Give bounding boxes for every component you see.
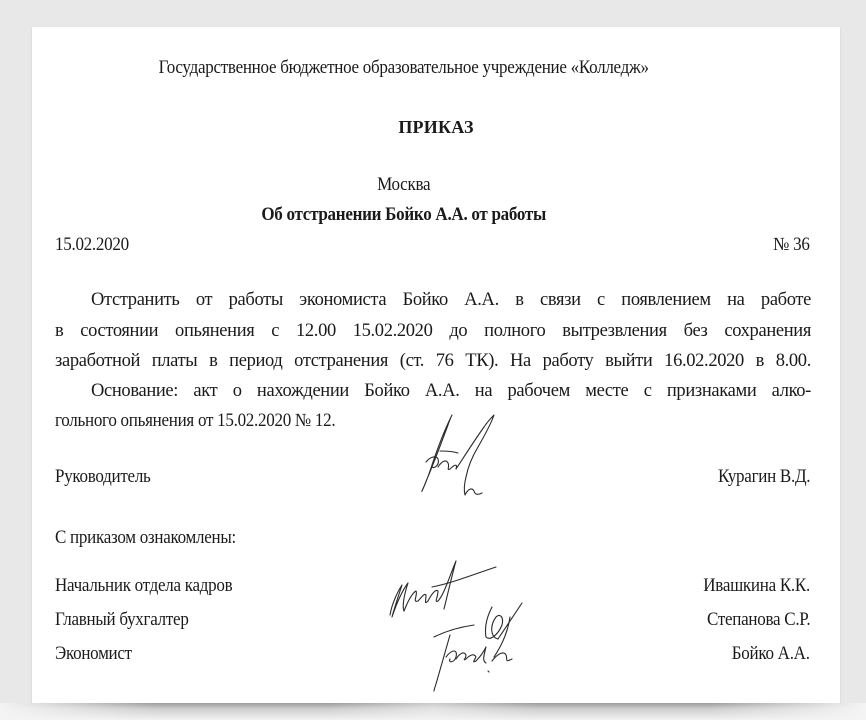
document-type-title: ПРИКАЗ <box>32 117 840 138</box>
body-line: Отстранить от работы экономиста Бойко А.… <box>91 290 811 314</box>
head-position: Руководитель <box>55 467 151 488</box>
acknowledged-name: Ивашкина К.К. <box>703 576 810 597</box>
body-line: Основание: акт о нахождении Бойко А.А. н… <box>91 381 811 405</box>
acknowledged-position: Экономист <box>55 644 132 665</box>
order-number: № 36 <box>774 235 810 256</box>
head-signature-icon <box>412 407 522 502</box>
body-line: гольного опьянения от 15.02.2020 № 12. <box>55 411 335 432</box>
organization-name: Государственное бюджетное образовательно… <box>32 58 775 79</box>
acknowledged-position: Начальник отдела кадров <box>55 576 232 597</box>
acknowledged-position: Главный бухгалтер <box>55 610 189 631</box>
page-shadow <box>0 703 866 720</box>
acknowledgement-signatures-icon <box>372 545 542 695</box>
document-page: Государственное бюджетное образовательно… <box>32 27 840 703</box>
acknowledged-name: Степанова С.Р. <box>707 610 810 631</box>
body-line: заработной платы в период отстранения (с… <box>55 351 811 375</box>
order-date: 15.02.2020 <box>55 235 129 256</box>
city: Москва <box>32 175 775 196</box>
acknowledged-label: С приказом ознакомлены: <box>55 528 236 549</box>
body-line: в состоянии опьянения с 12.00 15.02.2020… <box>55 321 811 345</box>
acknowledged-name: Бойко А.А. <box>732 644 810 665</box>
order-subject: Об отстранении Бойко А.А. от работы <box>32 205 775 226</box>
head-name: Курагин В.Д. <box>718 467 810 488</box>
